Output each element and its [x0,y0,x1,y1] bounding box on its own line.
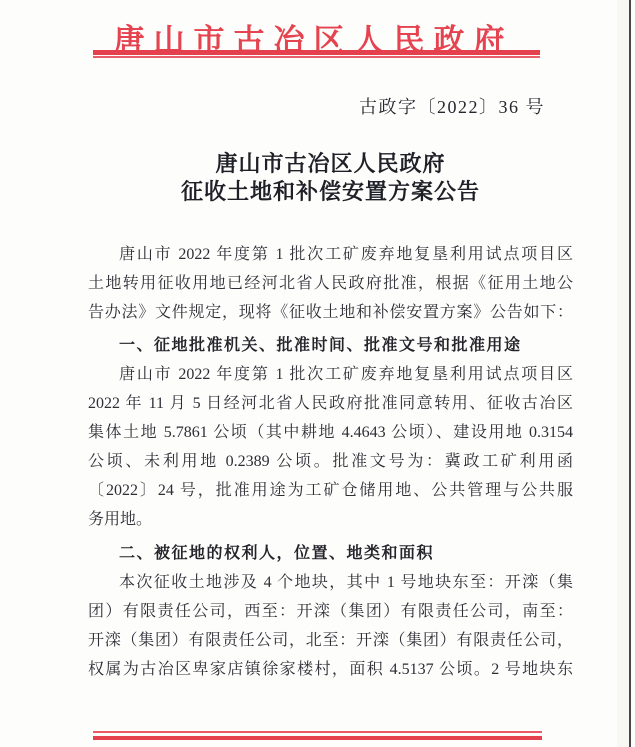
body-line: 土地转用征收用地已经河北省人民政府批准，根据《征用土地公 [88,269,573,298]
document-body: 唐山市 2022 年度第 1 批次工矿废弃地复垦利用试点项目区土地转用征收用地已… [88,240,573,684]
body-line: 唐山市 2022 年度第 1 批次工矿废弃地复垦利用试点项目区 [88,360,573,389]
scanned-document-page: 唐山市古冶区人民政府 古政字〔2022〕36 号 唐山市古冶区人民政府 征收土地… [0,0,635,747]
scan-edge-line [629,0,631,747]
document-reference-number: 古政字〔2022〕36 号 [359,93,545,119]
body-line: 唐山市 2022 年度第 1 批次工矿废弃地复垦利用试点项目区 [88,240,573,269]
document-title: 唐山市古冶区人民政府 征收土地和补偿安置方案公告 [88,150,573,206]
body-line: 公顷、未利用地 0.2389 公顷。批准文号为：冀政工矿利用函 [88,447,573,476]
document-title-line-2: 征收土地和补偿安置方案公告 [88,178,573,206]
body-line: 权属为古冶区卑家店镇徐家楼村，面积 4.5137 公顷。2 号地块东 [88,655,573,684]
body-line: 2022 年 11 月 5 日经河北省人民政府批准同意转用、征收古冶区 [88,389,573,418]
footer-rule-thick [93,736,542,741]
footer-double-rule [93,731,542,740]
body-line: 本次征收土地涉及 4 个地块，其中 1 号地块东至：开滦（集 [88,568,573,597]
section-heading: 二、被征地的权利人，位置、地类和面积 [88,539,573,568]
body-line: 告办法》文件规定，现将《征收土地和补偿安置方案》公告如下： [88,298,573,327]
scan-light-band [617,0,629,747]
body-line: 集体土地 5.7861 公顷（其中耕地 4.4643 公顷）、建设用地 0.31… [88,418,573,447]
body-line: 团）有限责任公司，西至：开滦（集团）有限责任公司，南至： [88,597,573,626]
body-line: 务用地。 [88,505,573,534]
masthead-rule-thin [93,56,540,58]
section-heading: 一、征地批准机关、批准时间、批准文号和批准用途 [88,331,573,360]
document-title-line-1: 唐山市古冶区人民政府 [88,150,573,178]
body-line: 开滦（集团）有限责任公司，北至：开滦（集团）有限责任公司， [88,626,573,655]
body-line: 〔2022〕24 号，批准用途为工矿仓储用地、公共管理与公共服 [88,476,573,505]
masthead-double-rule [93,50,540,58]
